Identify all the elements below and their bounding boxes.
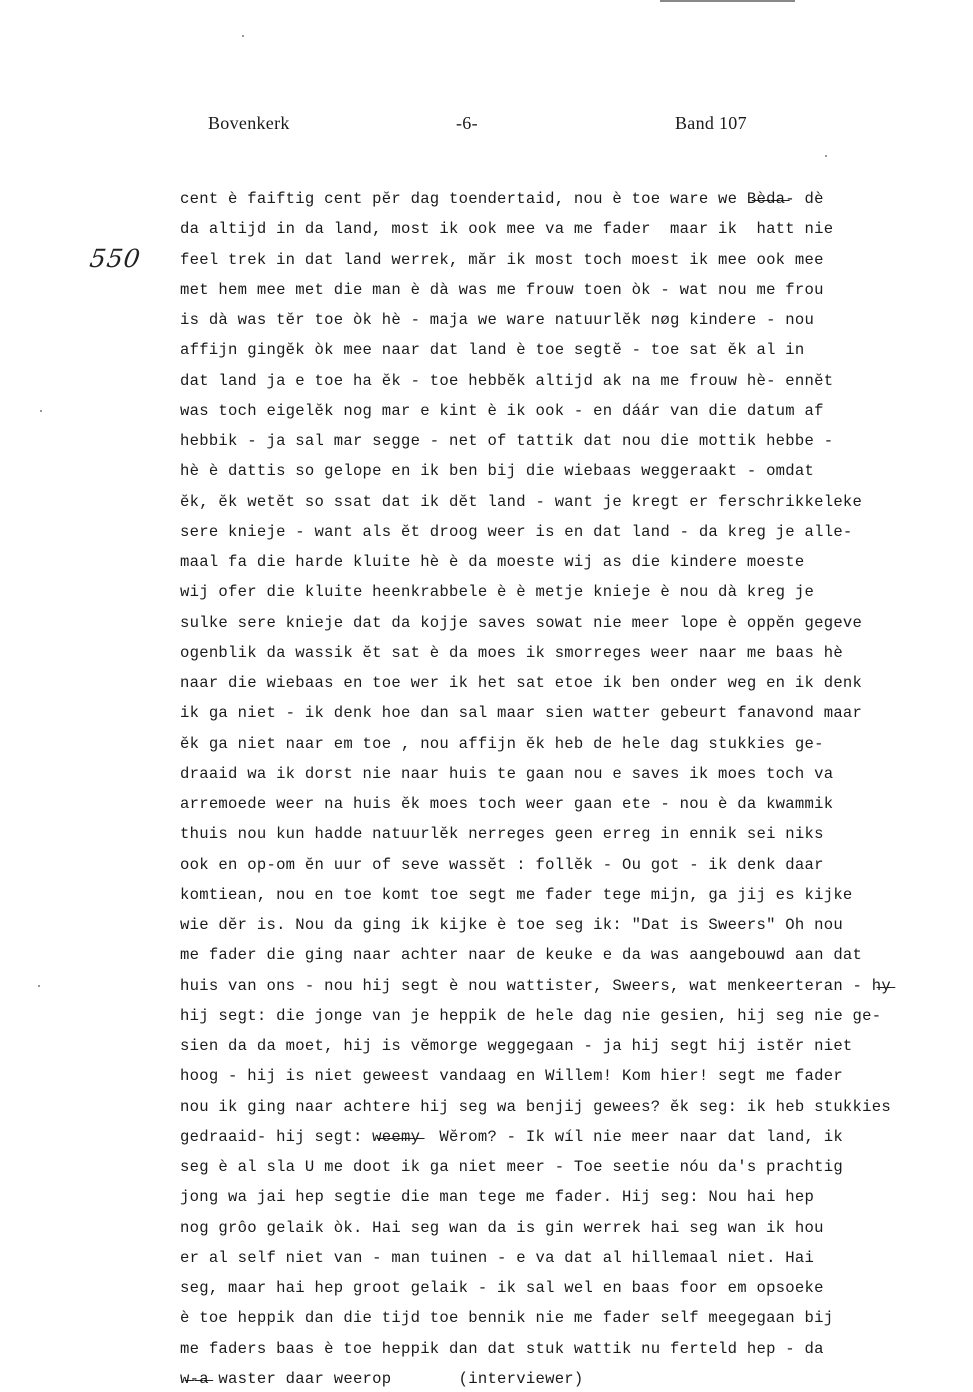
transcript-line: ik ga niet - ik denk hoe dan sal maar si…	[180, 698, 970, 728]
transcript-line: gedraaid- hij segt: w̶e̶e̶m̶y̶ Wĕrom? - …	[180, 1122, 970, 1152]
transcript-line: ogenblik da wassik ĕt sat è da moes ik s…	[180, 638, 970, 668]
transcript-line: ĕk, ĕk wetĕt so ssat dat ik dĕt land - w…	[180, 487, 970, 517]
transcript-line: seg è al sla U me doot ik ga niet meer -…	[180, 1152, 970, 1182]
transcript-line: seg, maar hai hep groot gelaik - ik sal …	[180, 1273, 970, 1303]
transcript-line: nou ik ging naar achtere hij seg wa benj…	[180, 1092, 970, 1122]
transcript-line: er al self niet van - man tuinen - e va …	[180, 1243, 970, 1273]
transcript-line: cent è faiftig cent pĕr dag toendertaid,…	[180, 184, 970, 214]
header-location: Bovenkerk	[208, 113, 290, 134]
transcript-line: jong wa jai hep segtie die man tege me f…	[180, 1182, 970, 1212]
transcript-line: affijn gingĕk òk mee naar dat land è toe…	[180, 335, 970, 365]
page-header: Bovenkerk -6- Band 107	[208, 113, 768, 137]
transcript-line: da altijd in da land, most ik ook mee va…	[180, 214, 970, 244]
transcript-line: was toch eigelĕk nog mar e kint è ik ook…	[180, 396, 970, 426]
transcript-line: hè è dattis so gelope en ik ben bij die …	[180, 456, 970, 486]
transcript-line: nog grôo gelaik òk. Hai seg wan da is gi…	[180, 1213, 970, 1243]
transcript-line: ĕk ga niet naar em toe , nou affijn ĕk h…	[180, 729, 970, 759]
transcript-line: hoog - hij is niet geweest vandaag en Wi…	[180, 1061, 970, 1091]
transcript-line: thuis nou kun hadde natuurlĕk nerreges g…	[180, 819, 970, 849]
transcript-line: feel trek in dat land werrek, măr ik mos…	[180, 245, 970, 275]
transcript-line: sere knieje - want als ĕt droog weer is …	[180, 517, 970, 547]
transcript-line: hebbik - ja sal mar segge - net of tatti…	[180, 426, 970, 456]
scan-speck	[40, 410, 42, 412]
transcript-line: komtiean, nou en toe komt toe segt me fa…	[180, 880, 970, 910]
transcript-line: w̶-̶a̶ waster daar weerop (interviewer)	[180, 1364, 970, 1392]
transcript-line: sulke sere knieje dat da kojje saves sow…	[180, 608, 970, 638]
page-number: -6-	[456, 113, 478, 134]
transcript-line: wie dĕr is. Nou da ging ik kijke è toe s…	[180, 910, 970, 940]
transcript-line: me faders baas è toe heppik dan dat stuk…	[180, 1334, 970, 1364]
transcript-line: wij ofer die kluite heenkrabbele è è met…	[180, 577, 970, 607]
transcript-line: sien da da moet, hij is vĕmorge weggegaa…	[180, 1031, 970, 1061]
transcript-line: dat land ja e toe ha ĕk - toe hebbĕk alt…	[180, 366, 970, 396]
scan-speck	[242, 35, 244, 37]
transcript-line: ook en op-om ĕn uur of seve wassĕt : fol…	[180, 850, 970, 880]
scan-speck	[38, 985, 40, 987]
transcript-line: me fader die ging naar achter naar de ke…	[180, 940, 970, 970]
transcript-body: cent è faiftig cent pĕr dag toendertaid,…	[180, 184, 970, 1392]
tape-number: Band 107	[675, 113, 747, 134]
transcript-line: maal fa die harde kluite hè è da moeste …	[180, 547, 970, 577]
scan-speck	[825, 155, 827, 157]
transcript-line: is dà was tĕr toe òk hè - maja we ware n…	[180, 305, 970, 335]
transcript-line: draaid wa ik dorst nie naar huis te gaan…	[180, 759, 970, 789]
transcript-line: naar die wiebaas en toe wer ik het sat e…	[180, 668, 970, 698]
transcript-line: hij segt: die jonge van je heppik de hel…	[180, 1001, 970, 1031]
scan-edge-mark	[660, 0, 795, 2]
handwritten-margin-number: 550	[88, 244, 143, 273]
transcript-line: met hem mee met die man è dà was me frou…	[180, 275, 970, 305]
transcript-line: è toe heppik dan die tijd toe bennik nie…	[180, 1303, 970, 1333]
transcript-line: arremoede weer na huis ĕk moes toch weer…	[180, 789, 970, 819]
transcript-line: huis van ons - nou hij segt è nou wattis…	[180, 971, 970, 1001]
